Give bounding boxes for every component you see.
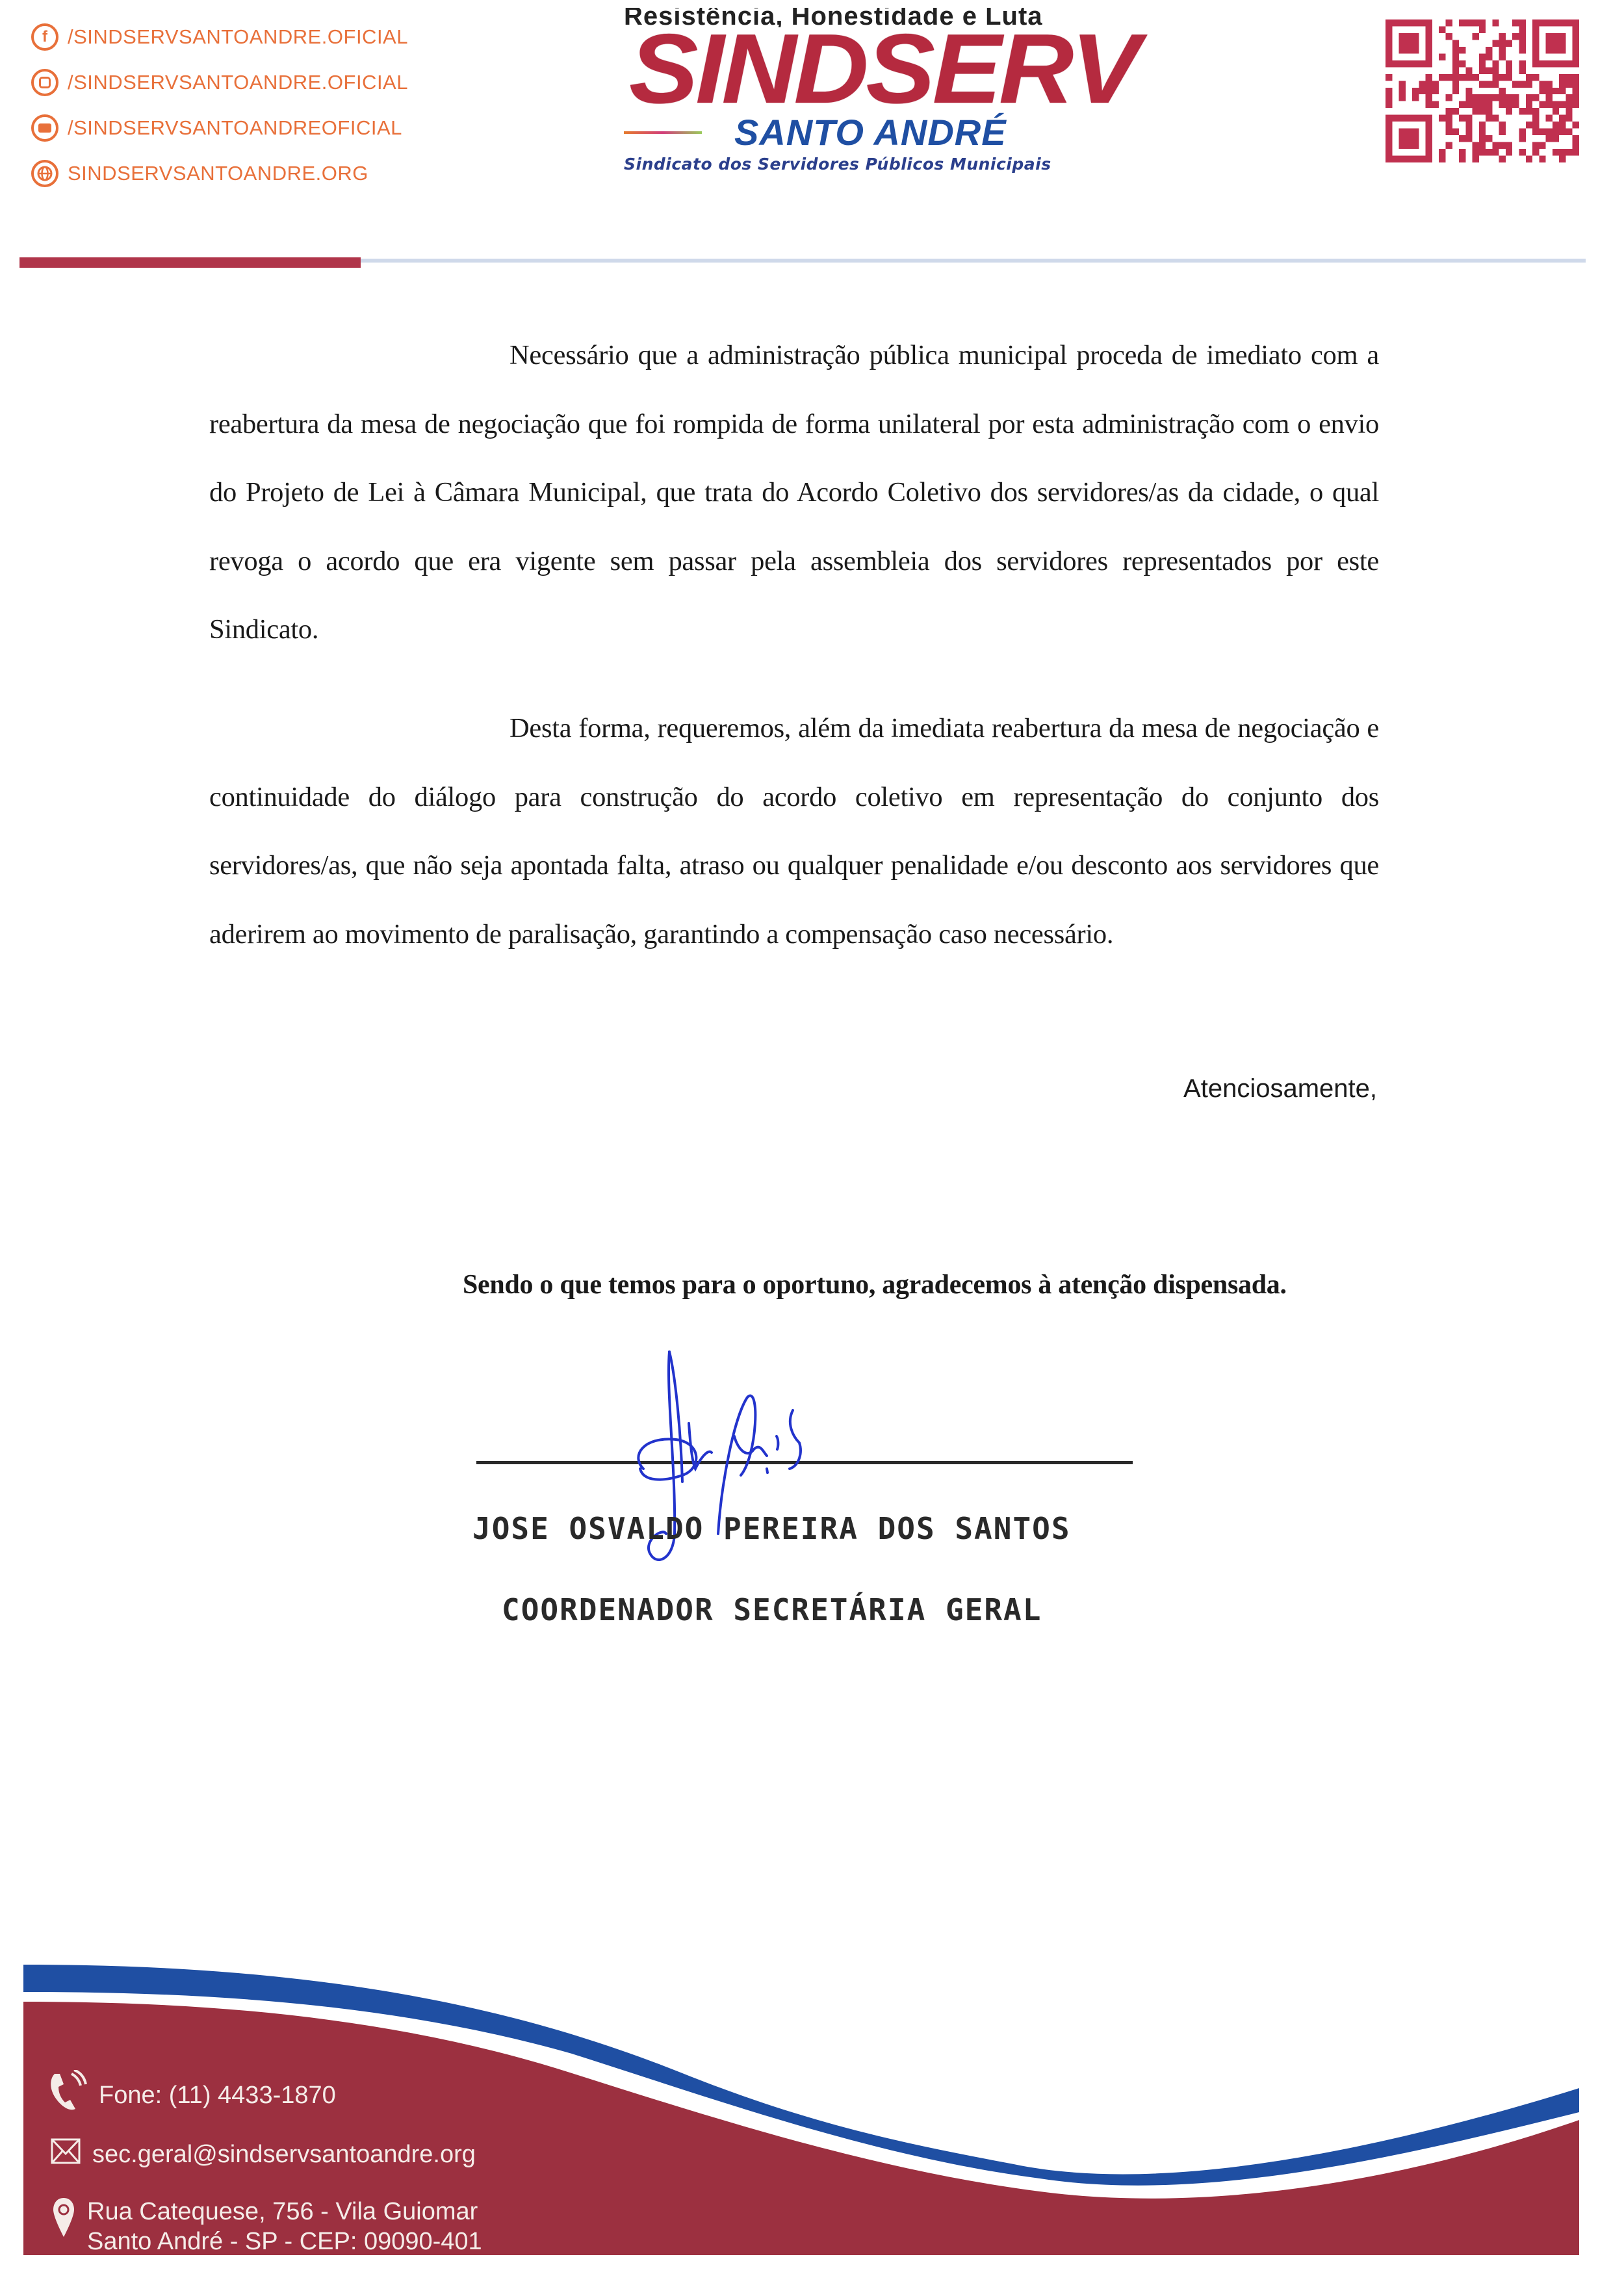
- final-statement: Sendo o que temos para o oportuno, agrad…: [463, 1269, 1287, 1300]
- instagram-icon: [31, 69, 58, 96]
- social-link-youtube[interactable]: /SINDSERVSANTOANDREOFICIAL: [31, 105, 408, 151]
- qr-code[interactable]: [1386, 19, 1579, 162]
- social-link-instagram[interactable]: /SINDSERVSANTOANDRE.OFICIAL: [31, 60, 408, 105]
- envelope-icon: [51, 2138, 81, 2171]
- social-links: f /SINDSERVSANTOANDRE.OFICIAL /SINDSERVS…: [31, 14, 408, 196]
- union-logo: Resistência, Honestidade e Luta SINDSERV…: [624, 8, 1105, 174]
- closing-salutation: Atenciosamente,: [1183, 1074, 1377, 1104]
- location-pin-icon: [52, 2197, 75, 2249]
- globe-icon: [31, 160, 58, 187]
- footer-address: Rua Catequese, 756 - Vila Guiomar Santo …: [52, 2197, 482, 2256]
- footer-email[interactable]: sec.geral@sindservsantoandre.org: [51, 2138, 476, 2171]
- address-line-1: Rua Catequese, 756 - Vila Guiomar: [87, 2197, 482, 2227]
- letter-paragraph-1: Necessário que a administração pública m…: [209, 321, 1379, 664]
- social-link-website[interactable]: SINDSERVSANTOANDRE.ORG: [31, 151, 408, 196]
- phone-number: Fone: (11) 4433-1870: [99, 2082, 336, 2110]
- social-link-facebook[interactable]: f /SINDSERVSANTOANDRE.OFICIAL: [31, 14, 408, 60]
- phone-icon: [47, 2070, 87, 2121]
- signer-name: JOSE OSVALDO PEREIRA DOS SANTOS: [472, 1511, 1071, 1546]
- address-line-2: Santo André - SP - CEP: 09090-401: [87, 2227, 482, 2256]
- facebook-icon: f: [31, 23, 58, 51]
- website-url: SINDSERVSANTOANDRE.ORG: [68, 162, 368, 185]
- youtube-icon: [31, 114, 58, 142]
- instagram-handle: /SINDSERVSANTOANDRE.OFICIAL: [68, 71, 408, 94]
- email-address: sec.geral@sindservsantoandre.org: [92, 2141, 476, 2169]
- youtube-handle: /SINDSERVSANTOANDREOFICIAL: [68, 116, 402, 140]
- logo-description: Sindicato dos Servidores Públicos Munici…: [624, 155, 1105, 174]
- logo-name: SINDSERV: [629, 27, 1129, 110]
- header-accent-bar: [19, 257, 361, 268]
- signer-role: COORDENADOR SECRETÁRIA GERAL: [502, 1592, 1042, 1627]
- facebook-handle: /SINDSERVSANTOANDRE.OFICIAL: [68, 25, 408, 49]
- logo-stripe: [624, 131, 702, 134]
- footer-phone[interactable]: Fone: (11) 4433-1870: [47, 2070, 336, 2121]
- letter-paragraph-2: Desta forma, requeremos, além da imediat…: [209, 694, 1379, 968]
